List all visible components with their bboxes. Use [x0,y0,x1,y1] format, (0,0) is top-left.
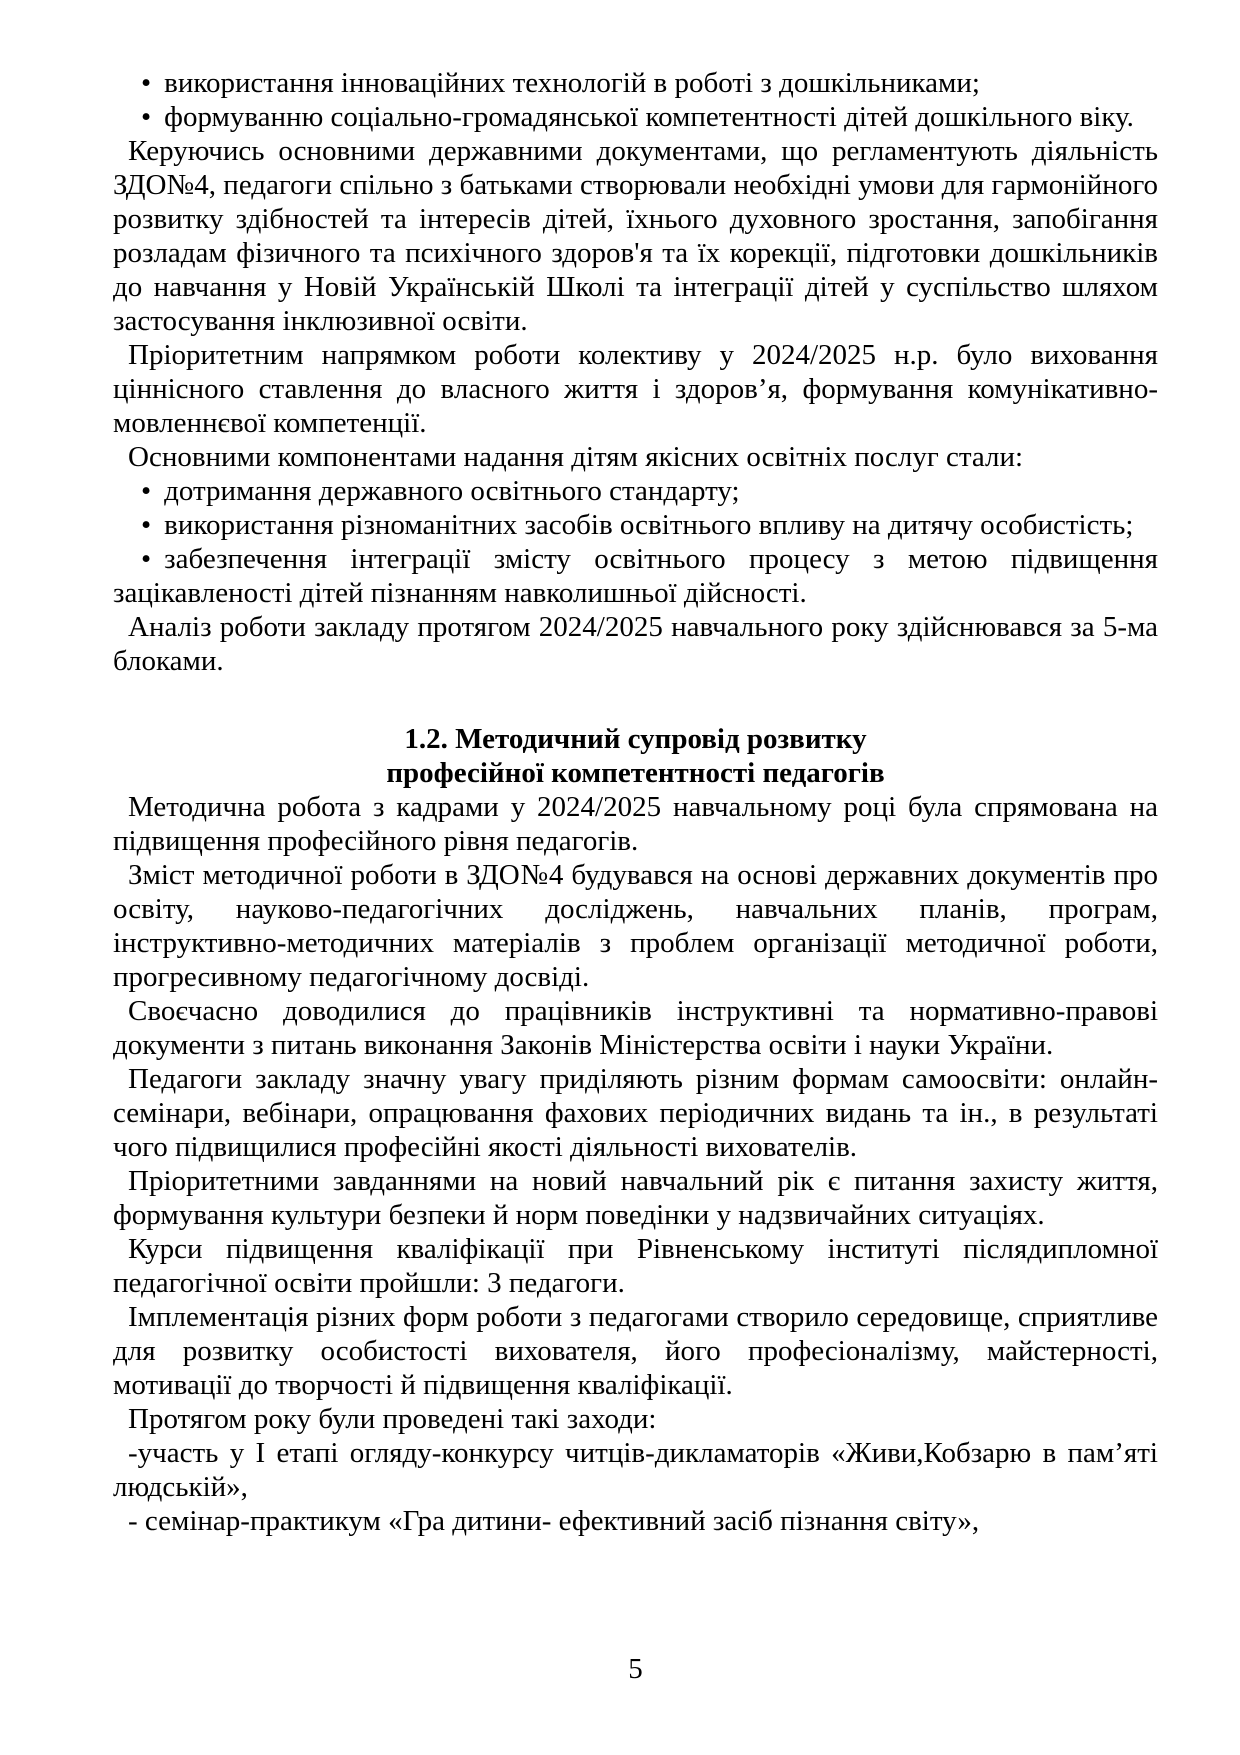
paragraph: Основними компонентами надання дітям які… [113,440,1158,474]
paragraph: Пріоритетним напрямком роботи колективу … [113,338,1158,440]
page-footer: 5 [113,1652,1158,1686]
bullet-text: дотримання державного освітнього стандар… [164,475,739,507]
bullet-icon: • [141,67,151,99]
paragraph: Курси підвищення кваліфікації при Рівнен… [113,1232,1158,1300]
paragraph: - семінар-практикум «Гра дитини- ефектив… [113,1504,1158,1538]
bullet-item: •використання інноваційних технологій в … [113,66,1158,100]
bullet-text: використання інноваційних технологій в р… [164,67,980,99]
paragraph: Пріоритетними завданнями на новий навчал… [113,1164,1158,1232]
bullet-item: •дотримання державного освітнього станда… [113,474,1158,508]
document-content: •використання інноваційних технологій в … [113,66,1158,1538]
paragraph: Імплементація різних форм роботи з педаг… [113,1300,1158,1402]
paragraph: Керуючись основними державними документа… [113,134,1158,338]
section-heading: 1.2. Методичний супровід розвиткупрофесі… [113,722,1158,790]
bullet-item: •забезпечення інтеграції змісту освітньо… [113,542,1158,610]
bullet-icon: • [141,509,151,541]
paragraph: Методична робота з кадрами у 2024/2025 н… [113,790,1158,858]
bullet-icon: • [141,543,151,575]
paragraph: -участь у І етапі огляду-конкурсу читців… [113,1436,1158,1504]
bullet-icon: • [141,475,151,507]
paragraph: Зміст методичної роботи в ЗДО№4 будувавс… [113,858,1158,994]
bullet-text: використання різноманітних засобів освіт… [164,509,1133,541]
section-heading-line: 1.2. Методичний супровід розвитку [113,722,1158,756]
document-page: •використання інноваційних технологій в … [0,0,1240,1755]
paragraph: Протягом року були проведені такі заходи… [113,1402,1158,1436]
bullet-item: •використання різноманітних засобів осві… [113,508,1158,542]
paragraph: Своєчасно доводилися до працівників інст… [113,994,1158,1062]
paragraph: Аналіз роботи закладу протягом 2024/2025… [113,610,1158,678]
bullet-text: забезпечення інтеграції змісту освітньог… [113,543,1158,609]
bullet-item: •формуванню соціально-громадянської комп… [113,100,1158,134]
section-heading-line: професійної компетентності педагогів [113,756,1158,790]
bullet-icon: • [141,101,151,133]
page-number: 5 [628,1653,643,1685]
paragraph: Педагоги закладу значну увагу приділяють… [113,1062,1158,1164]
bullet-text: формуванню соціально-громадянської компе… [164,101,1134,133]
